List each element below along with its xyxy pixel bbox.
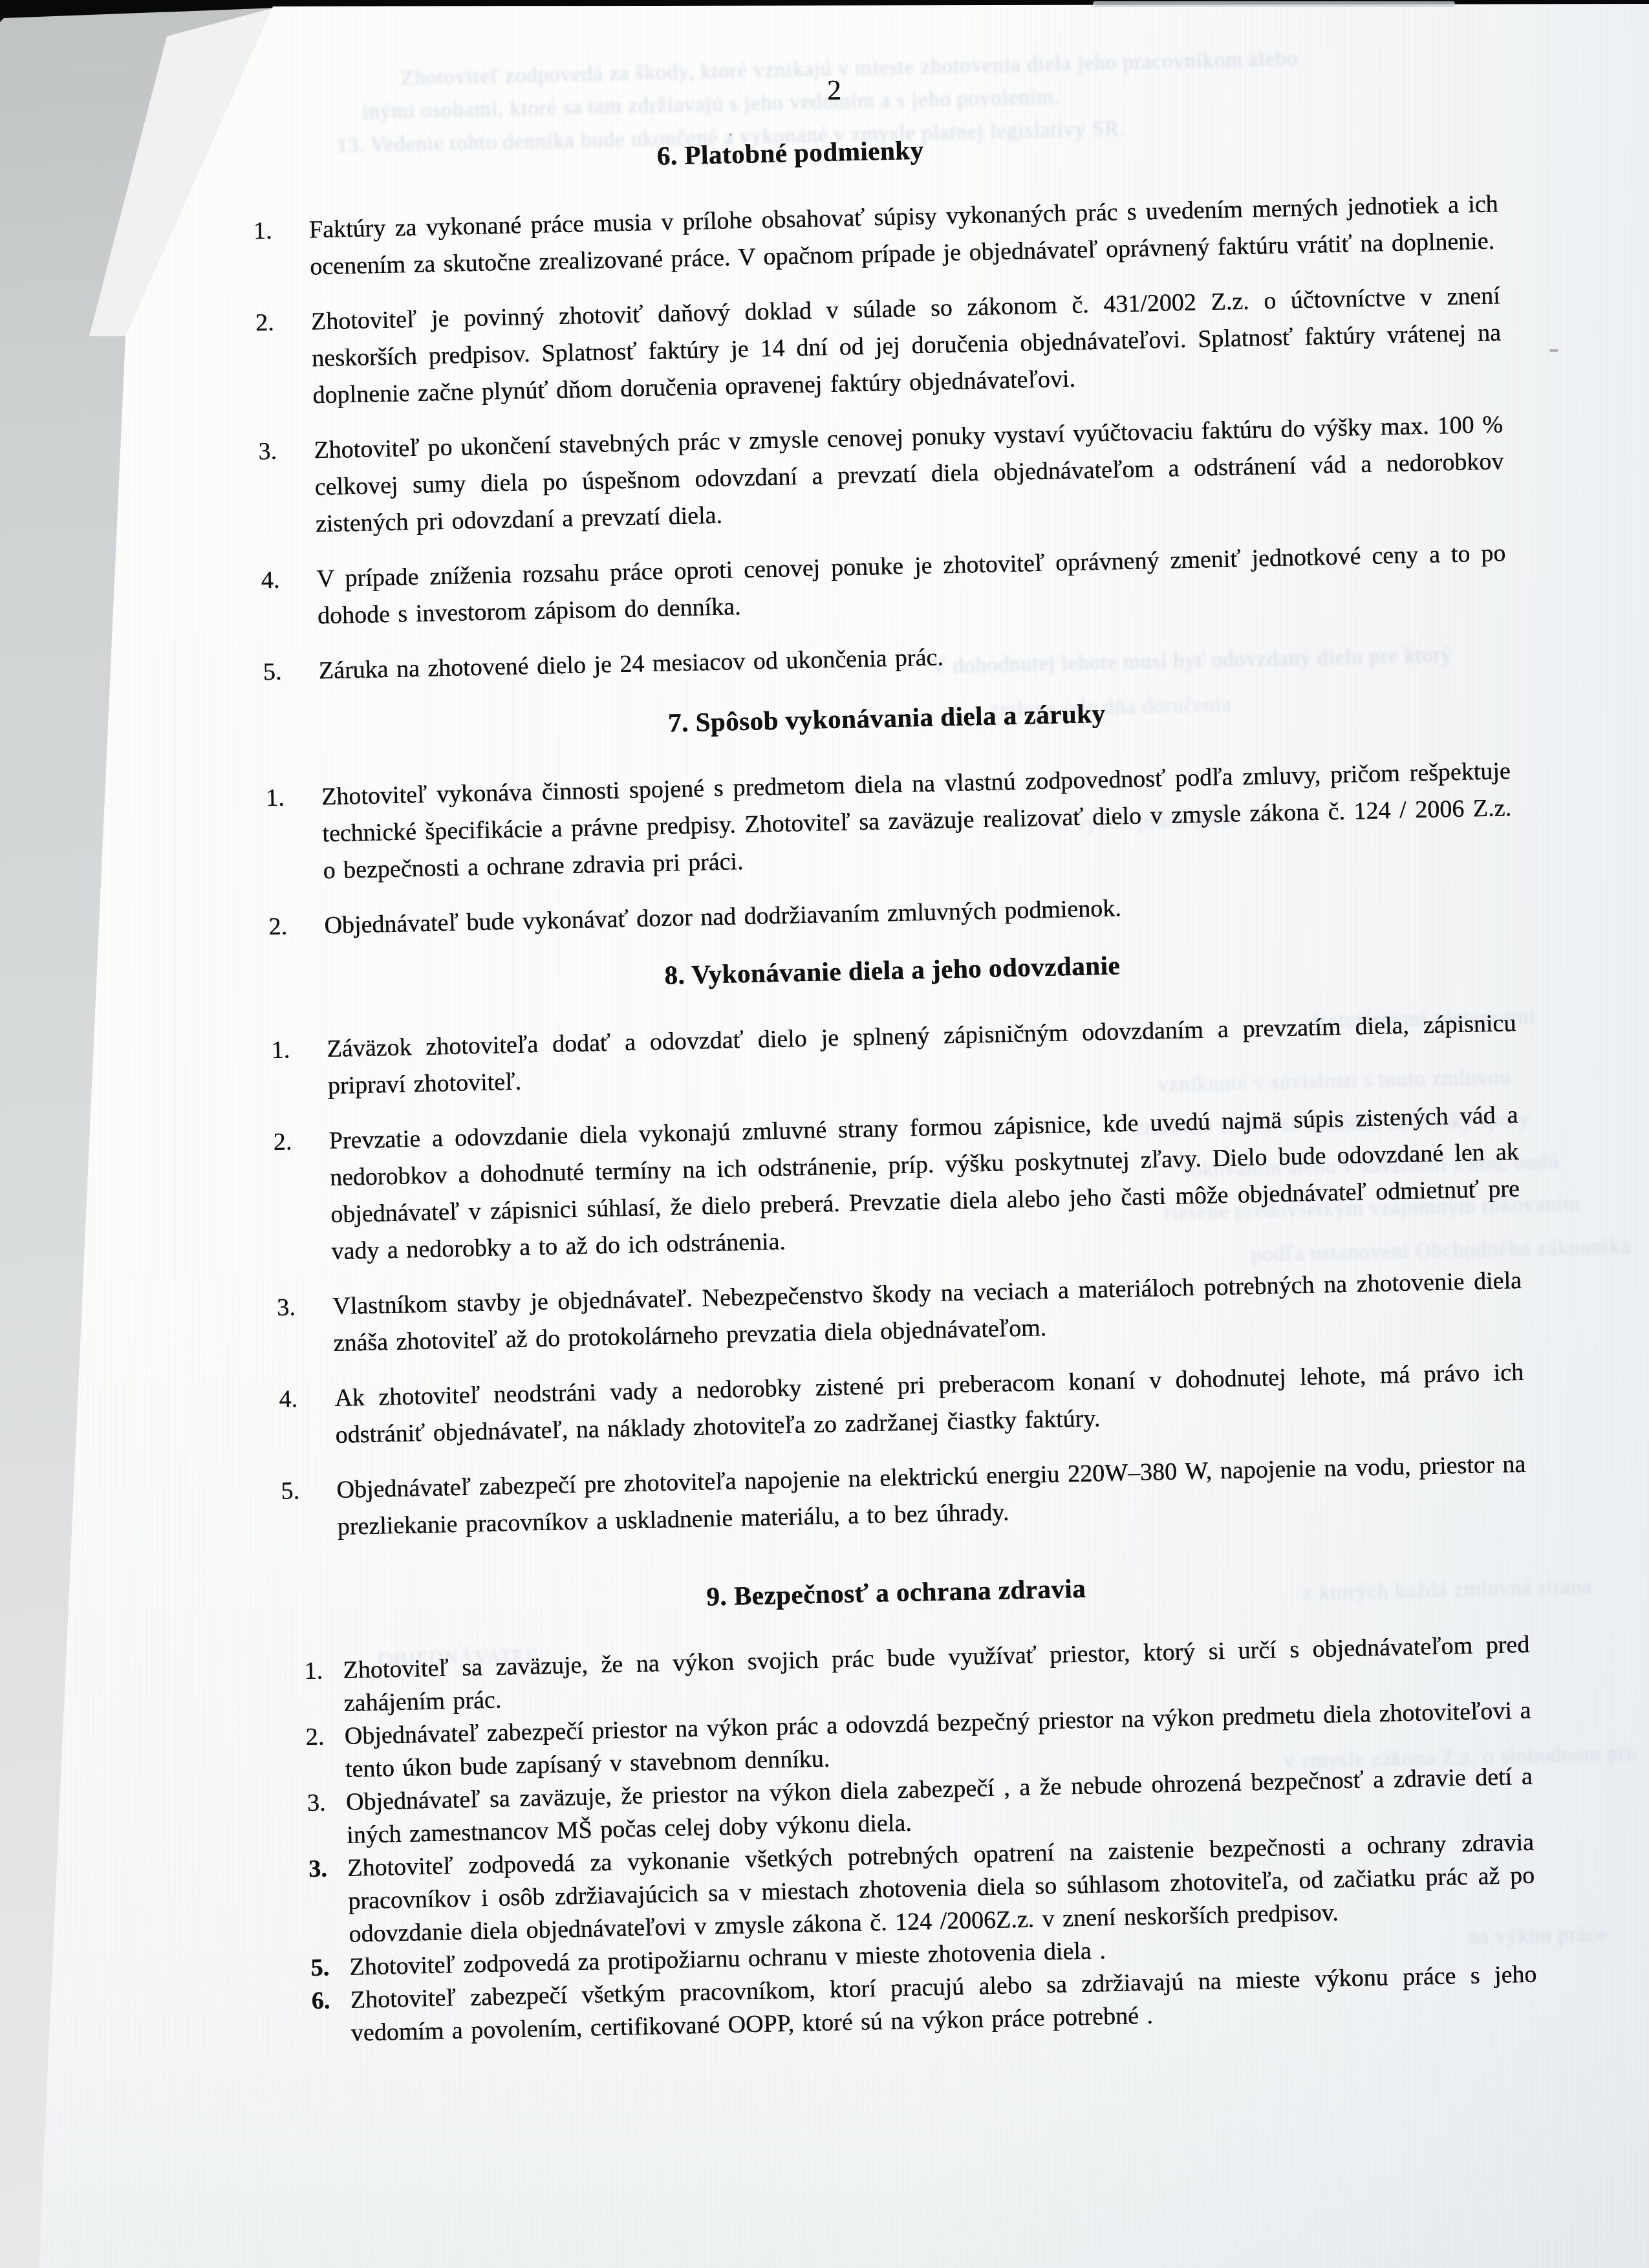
list-item: 2.Zhotoviteľ je povinný zhotoviť daňový … <box>255 277 1502 415</box>
item-number: 2. <box>255 305 274 342</box>
list-item: 4.V prípade zníženia rozsahu práce oprot… <box>261 535 1507 636</box>
list-item: 5.Objednávateľ zabezpečí pre zhotoviteľa… <box>281 1446 1527 1547</box>
item-text: Záväzok zhotoviteľa dodať a odovzdať die… <box>327 1010 1516 1099</box>
item-number: 4. <box>279 1381 298 1418</box>
item-number: 1. <box>265 779 285 817</box>
section-items: 1.Faktúry za vykonané práce musia v príl… <box>253 186 1508 691</box>
section-heading: 8. Vykonávanie diela a jeho odovzdanie <box>270 939 1515 1001</box>
item-number: 3. <box>308 1852 328 1886</box>
item-number: 6. <box>311 1984 330 2018</box>
scan-speck <box>1549 349 1558 352</box>
item-number: 5. <box>281 1473 300 1510</box>
list-item: 4.Ak zhotoviteľ neodstráni vady a nedoro… <box>279 1354 1525 1455</box>
section-heading: 6. Platobné podmienky <box>167 122 1413 184</box>
item-number: 2. <box>273 1123 292 1161</box>
item-number: 3. <box>307 1786 326 1820</box>
list-item: 1.Zhotoviteľ vykonáva činnosti spojené s… <box>265 753 1512 891</box>
scan-edge-streak <box>1093 1 1455 7</box>
section-heading: 7. Spôsob vykonávania diela a záruky <box>264 687 1509 749</box>
sections-root: 6. Platobné podmienky1.Faktúry za vykona… <box>252 120 1538 2051</box>
section-items: 1.Zhotoviteľ vykonáva činnosti spojené s… <box>265 753 1513 945</box>
item-text: Objednávateľ zabezpečí pre zhotoviteľa n… <box>336 1451 1525 1540</box>
document-content: 2 6. Platobné podmienky1.Faktúry za vyko… <box>250 59 1538 2051</box>
item-number: 5. <box>263 654 282 691</box>
item-text: V prípade zníženia rozsahu práce oproti … <box>316 539 1505 629</box>
item-text: Prevzatie a odovzdanie diela vykonajú zm… <box>329 1101 1520 1265</box>
item-text: Objednávateľ bude vykonávať dozor nad do… <box>324 894 1121 939</box>
item-number: 5. <box>310 1951 330 1985</box>
section-heading: 9. Bezpečnosť a ochrana zdravia <box>274 1561 1519 1623</box>
item-text: Zhotoviteľ vykonáva činnosti spojené s p… <box>321 757 1512 884</box>
item-text: Záruka na zhotovené dielo je 24 mesiacov… <box>318 643 943 684</box>
list-item: 2.Prevzatie a odovzdanie diela vykonajú … <box>273 1097 1521 1271</box>
item-text: Faktúry za vykonané práce musia v príloh… <box>308 190 1498 280</box>
list-item: 1.Faktúry za vykonané práce musia v príl… <box>253 186 1499 286</box>
list-item: 1.Záväzok zhotoviteľa dodať a odovzdať d… <box>271 1005 1517 1106</box>
item-text: Vlastníkom stavby je objednávateľ. Nebez… <box>332 1267 1522 1357</box>
item-text: Ak zhotoviteľ neodstráni vady a nedorobk… <box>334 1359 1524 1449</box>
list-item: 3.Zhotoviteľ po ukončení stavebných prác… <box>258 406 1505 544</box>
section-items: 1.Záväzok zhotoviteľa dodať a odovzdať d… <box>271 1005 1527 1547</box>
list-item: 2.Objednávateľ bude vykonávať dozor nad … <box>268 881 1514 945</box>
item-number: 4. <box>261 562 280 599</box>
item-text: Zhotoviteľ po ukončení stavebných prác v… <box>314 411 1504 537</box>
item-number: 2. <box>268 908 288 945</box>
item-number: 1. <box>271 1031 290 1069</box>
item-text: Zhotoviteľ je povinný zhotoviť daňový do… <box>311 282 1502 409</box>
item-number: 1. <box>304 1655 323 1689</box>
item-number: 1. <box>253 213 272 250</box>
item-number: 3. <box>258 433 277 471</box>
list-item: 3.Vlastníkom stavby je objednávateľ. Neb… <box>277 1262 1523 1363</box>
section-items: 1.Zhotoviteľ sa zaväzuje, že na výkon sv… <box>285 1628 1538 2051</box>
item-number: 2. <box>305 1720 325 1754</box>
item-number: 3. <box>277 1289 296 1326</box>
list-item: 5.Záruka na zhotovené dielo je 24 mesiac… <box>263 627 1508 691</box>
